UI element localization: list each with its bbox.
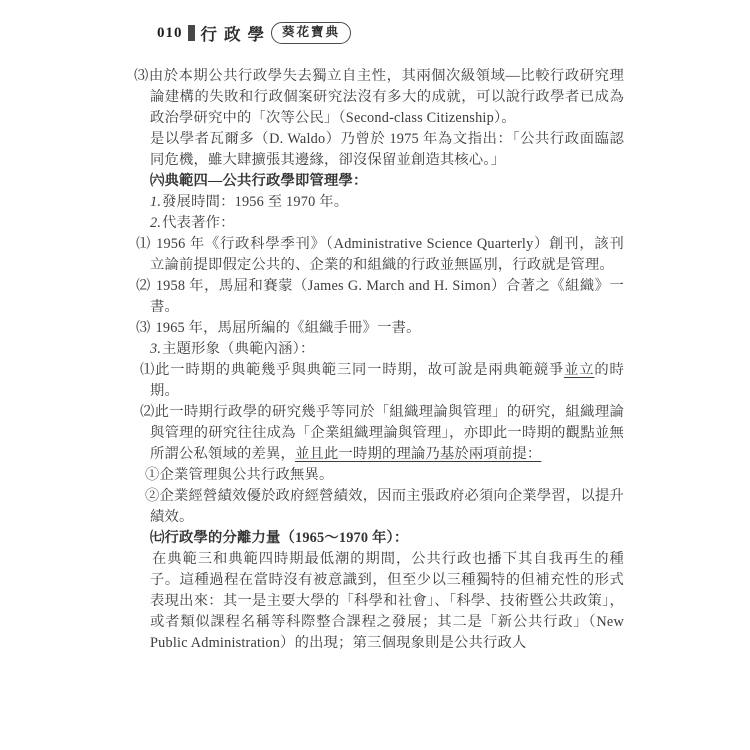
list-item-representative-works: 2.代表著作：	[150, 213, 624, 234]
list-item-development-period: 1.發展時間：1956 至 1970 年。	[150, 192, 624, 213]
list-marker: ⑵	[136, 278, 151, 294]
premise-text: 企業管理與公共行政無異。	[160, 467, 334, 483]
premise-item-1: ①企業管理與公共行政無異。	[150, 465, 624, 486]
page-header: 010 行政學 葵花寶典	[157, 20, 351, 46]
list-marker: ⑴	[140, 362, 155, 378]
list-marker: ②	[145, 488, 160, 504]
list-marker: ⑶	[136, 320, 151, 336]
premise-item-2: ②企業經營績效優於政府經營績效，因而主張政府必須向企業學習，以提升績效。	[150, 486, 624, 528]
list-item-theme-image: 3.主題形象（典範內涵）：	[150, 339, 624, 360]
section-heading-7: ㈦行政學的分離力量（1965～1970 年）：	[150, 528, 624, 549]
section-marker: ㈦	[150, 530, 165, 546]
work-item-2: ⑵1958 年，馬屈和賽蒙（James G. March and H. Simo…	[150, 276, 624, 318]
theme-item-1: ⑴此一時期的典範幾乎與典範三同一時期，故可說是兩典範競爭並立的時期。	[150, 360, 624, 402]
badge-series-label: 葵花寶典	[271, 22, 351, 45]
list-item-text: 主題形象（典範內涵）：	[162, 341, 314, 357]
section-marker: ㈥	[150, 173, 165, 189]
underlined-text: 並立	[564, 362, 594, 378]
theme-text: 此一時期的典範幾乎與典範三同一時期，故可說是兩典範競爭	[155, 362, 564, 378]
work-item-text: 1965 年，馬屈所編的《組織手冊》一書。	[156, 320, 421, 336]
page-content: ⑶由於本期公共行政學失去獨立自主性，其兩個次級領域—比較行政研究理論建構的失敗和…	[150, 66, 624, 654]
paragraph-waldo-quote: 是以學者瓦爾多（D. Waldo）乃曾於 1975 年為文指出：「公共行政面臨認…	[150, 129, 624, 171]
list-marker: ⑶	[134, 68, 149, 84]
book-title: 行政學	[201, 21, 272, 45]
list-marker: 3.	[150, 341, 161, 357]
work-item-text: 1958 年，馬屈和賽蒙（James G. March and H. Simon…	[150, 278, 624, 315]
paragraph-text: 由於本期公共行政學失去獨立自主性，其兩個次級領域—比較行政研究理論建構的失敗和行…	[149, 68, 624, 126]
header-divider-bar-icon	[188, 25, 195, 41]
section-title: 行政學的分離力量（1965～1970 年）：	[165, 530, 409, 546]
work-item-3: ⑶1965 年，馬屈所編的《組織手冊》一書。	[150, 318, 624, 339]
section-title: 典範四—公共行政學即管理學：	[165, 173, 368, 189]
list-marker: ①	[145, 467, 160, 483]
premise-text: 企業經營績效優於政府經營績效，因而主張政府必須向企業學習，以提升績效。	[150, 488, 624, 525]
work-item-1: ⑴1956 年《行政科學季刊》（Administrative Science Q…	[150, 234, 624, 276]
list-marker: 1.	[150, 194, 161, 210]
list-marker: ⑴	[136, 236, 151, 252]
paragraph-final: 在典範三和典範四時期最低潮的期間，公共行政也播下其自我再生的種子。這種過程在當時…	[150, 549, 624, 654]
book-page: 010 行政學 葵花寶典 ⑶由於本期公共行政學失去獨立自主性，其兩個次級領域—比…	[0, 0, 750, 750]
paragraph-point-3: ⑶由於本期公共行政學失去獨立自主性，其兩個次級領域—比較行政研究理論建構的失敗和…	[150, 66, 624, 129]
list-marker: ⑵	[140, 404, 155, 420]
list-item-text: 發展時間：1956 至 1970 年。	[162, 194, 348, 210]
section-heading-6: ㈥典範四—公共行政學即管理學：	[150, 171, 624, 192]
list-marker: 2.	[150, 215, 161, 231]
work-item-text: 1956 年《行政科學季刊》（Administrative Science Qu…	[150, 236, 624, 273]
theme-item-2: ⑵此一時期行政學的研究幾乎等同於「組織理論與管理」的研究，組織理論與管理的研究往…	[150, 402, 624, 465]
list-item-text: 代表著作：	[162, 215, 234, 231]
underlined-text: 並且此一時期的理論乃基於兩項前提：	[295, 446, 541, 462]
page-number: 010	[157, 25, 183, 42]
